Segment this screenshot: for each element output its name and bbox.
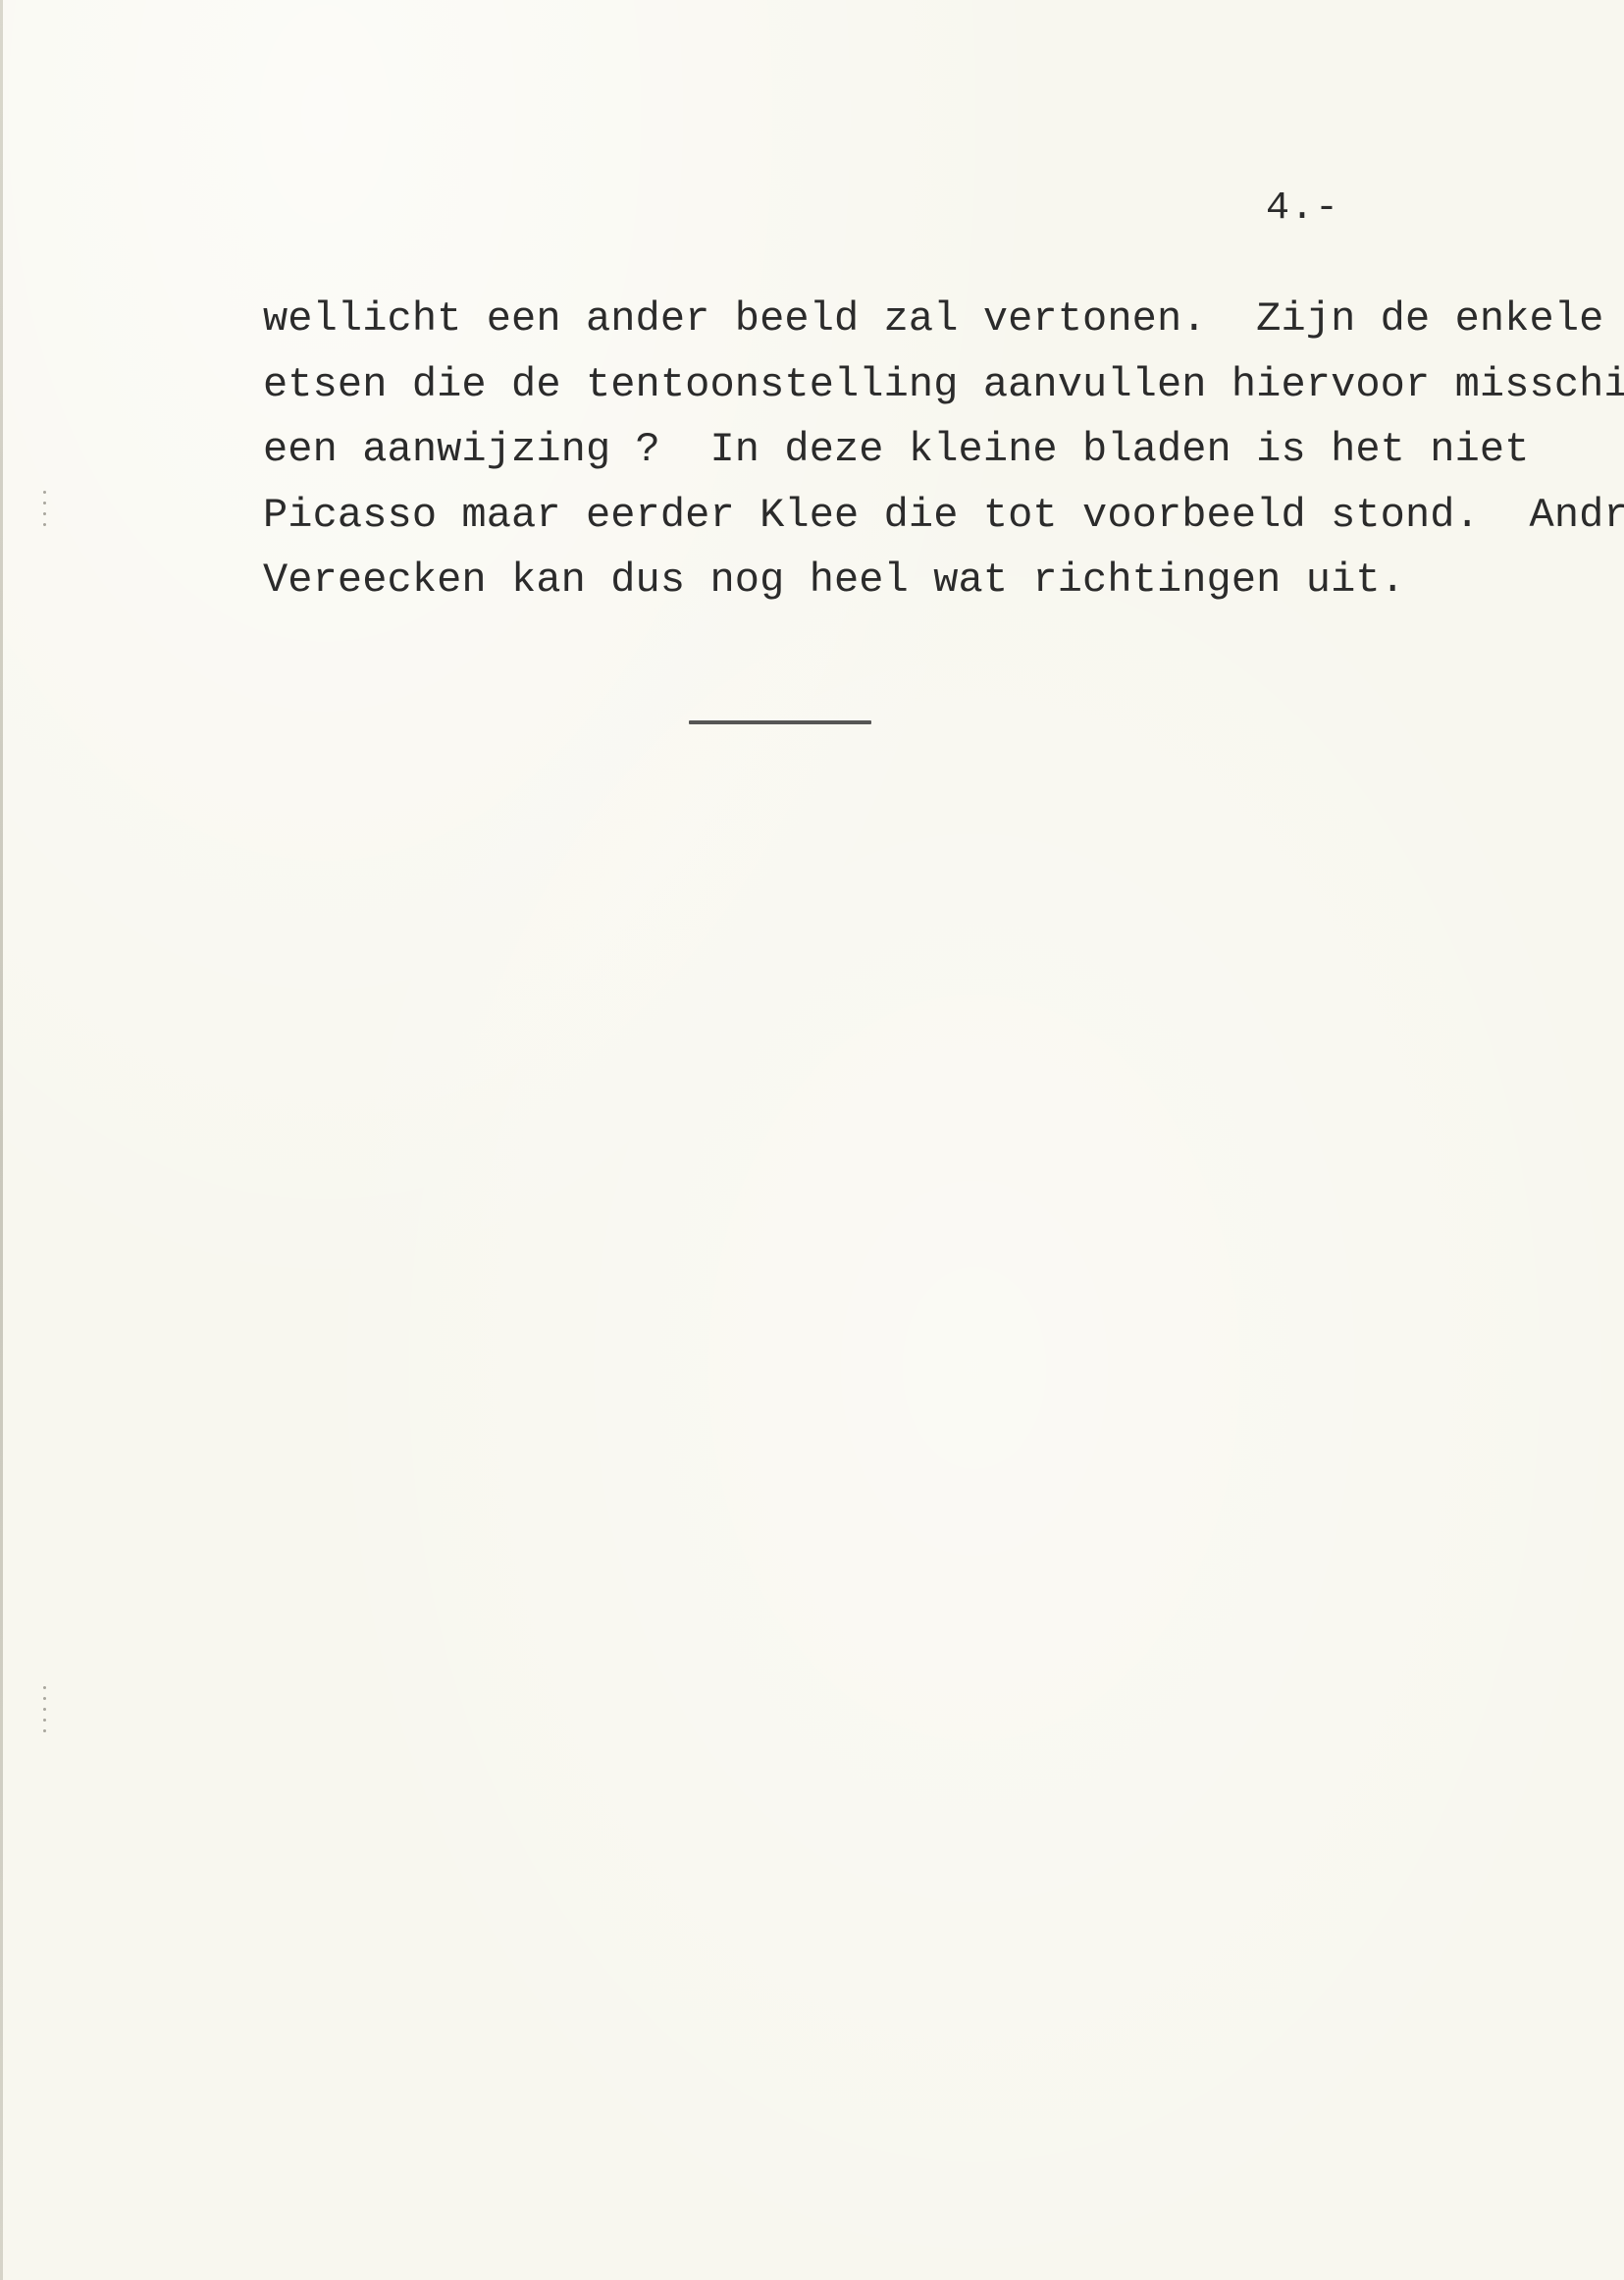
paper-page: 4.- wellicht een ander beeld zal vertone… xyxy=(0,0,1624,2280)
page-number: 4.- xyxy=(1266,186,1339,232)
typed-paragraph: wellicht een ander beeld zal vertonen. Z… xyxy=(263,287,1624,613)
margin-marks-bottom xyxy=(37,1686,51,1740)
text-line: Vereecken kan dus nog heel wat richtinge… xyxy=(263,548,1624,613)
margin-marks-top xyxy=(37,491,51,534)
page-edge-shadow xyxy=(0,0,3,2280)
section-divider-rule xyxy=(689,720,871,724)
text-line: Picasso maar eerder Klee die tot voorbee… xyxy=(263,483,1624,549)
text-line: wellicht een ander beeld zal vertonen. Z… xyxy=(263,287,1624,352)
text-line: etsen die de tentoonstelling aanvullen h… xyxy=(263,352,1624,418)
text-line: een aanwijzing ? In deze kleine bladen i… xyxy=(263,417,1624,483)
